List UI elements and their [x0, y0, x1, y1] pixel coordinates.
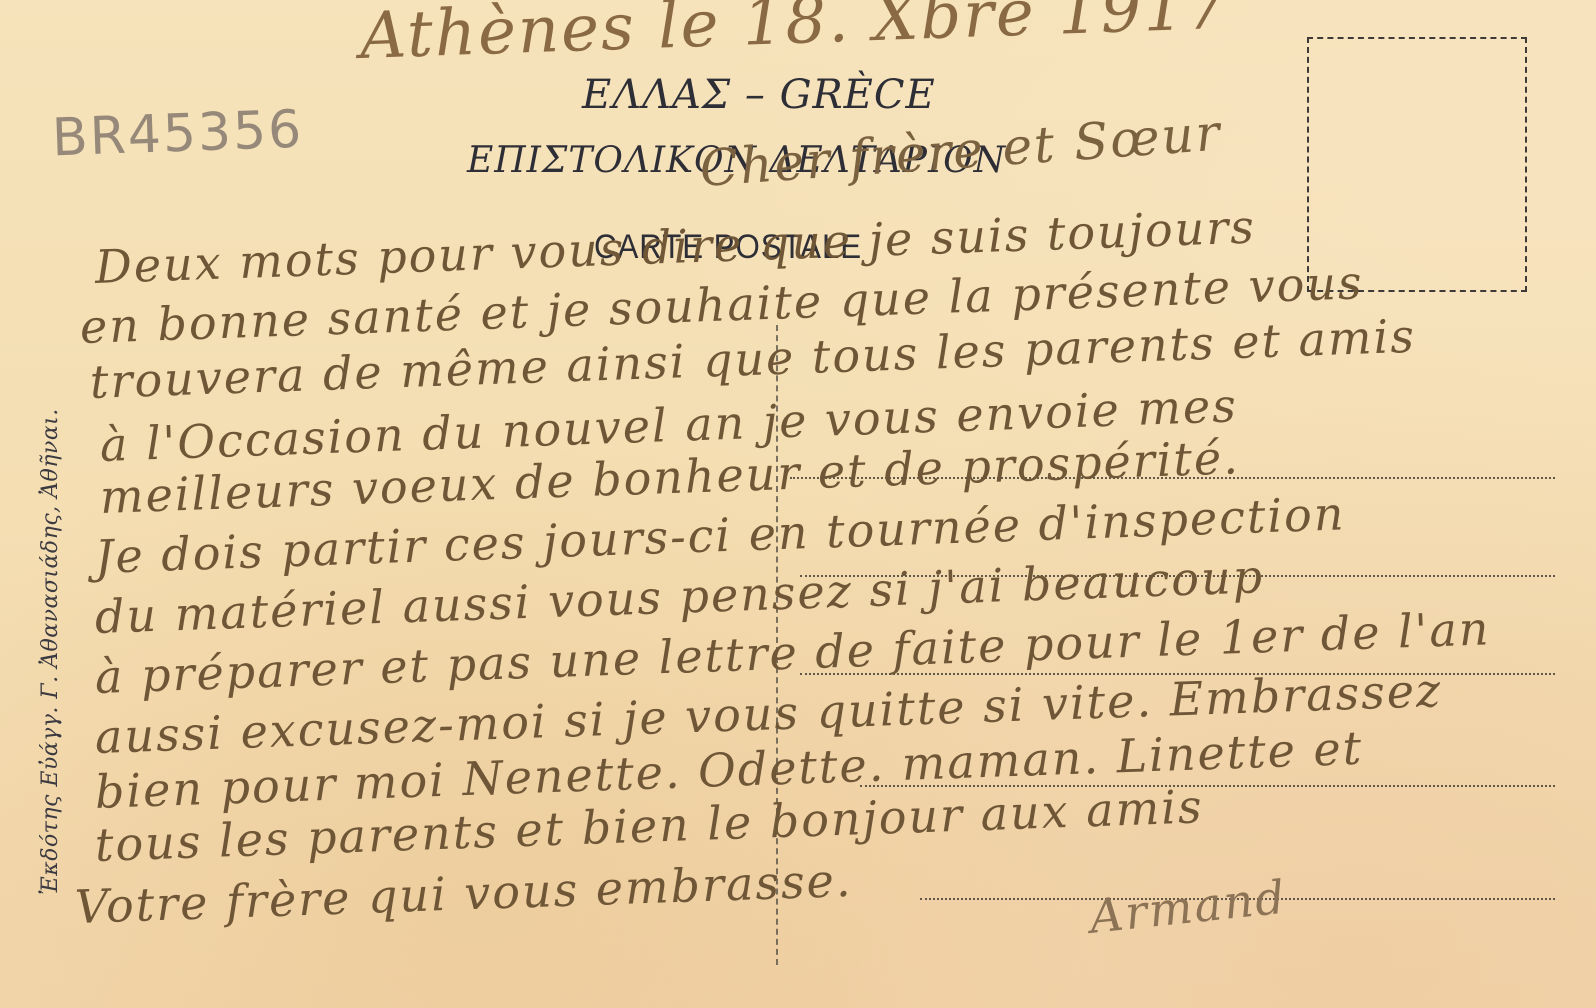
- postcard-back: ΕΛΛΑΣ – GRÈCE ΕΠΙΣΤΟΛΙΚΟΝ ΔΕΛΤΑΡΙΟΝ CART…: [0, 0, 1596, 1008]
- pencil-catalog-code: BR45356: [51, 100, 304, 169]
- printed-country-heading: ΕΛΛΑΣ – GRÈCE: [582, 72, 936, 118]
- handwritten-signature: Armand: [1087, 870, 1289, 944]
- publisher-imprint: Ἐκδότης Εὐάγγ. Γ. Ἀθανασιάδης, Ἀθῆναι.: [38, 408, 63, 895]
- stamp-placeholder-box: [1307, 37, 1527, 292]
- handwritten-date-line: Athènes le 18. Xbre 1917: [359, 0, 1230, 74]
